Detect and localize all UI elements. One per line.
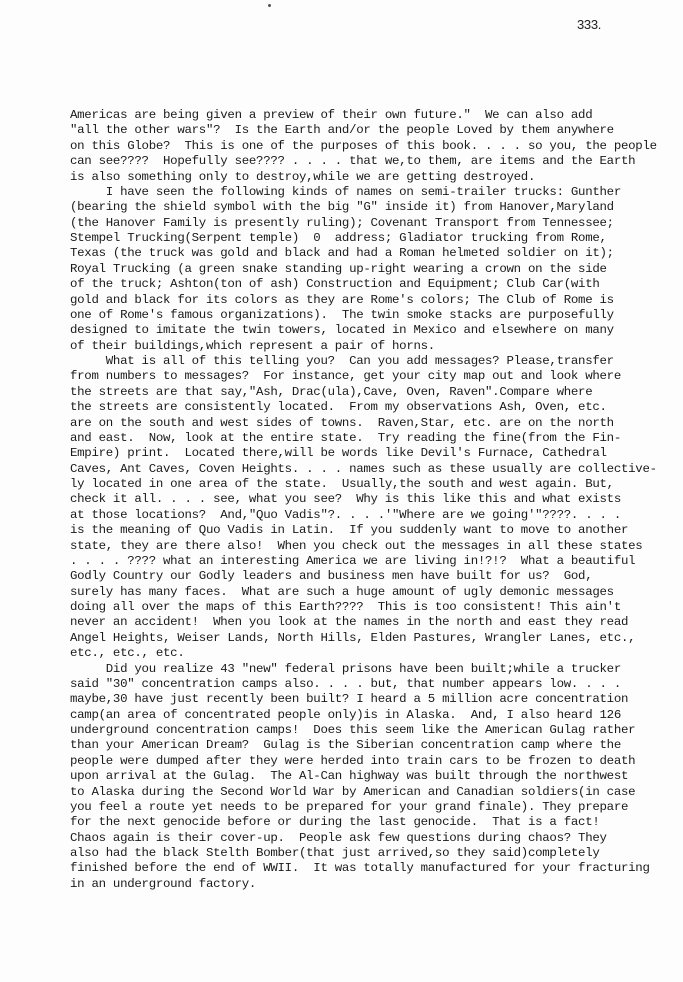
text-line: maybe,30 have just recently been built? … (70, 692, 680, 707)
text-line: from numbers to messages? For instance, … (70, 369, 680, 384)
text-line: (bearing the shield symbol with the big … (70, 200, 680, 215)
text-line: state, they are there also! When you che… (70, 539, 680, 554)
text-line: the streets are that say,"Ash, Drac(ula)… (70, 385, 680, 400)
text-line: upon arrival at the Gulag. The Al-Can hi… (70, 769, 680, 784)
text-line: Americas are being given a preview of th… (70, 108, 680, 123)
text-line: people were dumped after they were herde… (70, 754, 680, 769)
page-number: 333. (577, 17, 601, 32)
text-line: Angel Heights, Weiser Lands, North Hills… (70, 631, 680, 646)
text-line: I have seen the following kinds of names… (70, 185, 680, 200)
text-line: (the Hanover Family is presently ruling)… (70, 216, 680, 231)
text-line: camp(an area of concentrated people only… (70, 708, 680, 723)
text-line: finished before the end of WWII. It was … (70, 861, 680, 876)
document-page: 333. Americas are being given a preview … (0, 0, 683, 982)
body-text: Americas are being given a preview of th… (70, 108, 680, 892)
text-line: for the next genocide before or during t… (70, 815, 680, 830)
text-line: Texas (the truck was gold and black and … (70, 246, 680, 261)
text-line: on this Globe? This is one of the purpos… (70, 139, 680, 154)
text-line: of their buildings,which represent a pai… (70, 339, 680, 354)
text-line: and east. Now, look at the entire state.… (70, 431, 680, 446)
text-line: never an accident! When you look at the … (70, 615, 680, 630)
text-line: . . . . ???? what an interesting America… (70, 554, 680, 569)
text-line: Did you realize 43 "new" federal prisons… (70, 662, 680, 677)
text-line: to Alaska during the Second World War by… (70, 785, 680, 800)
text-line: ly located in one area of the state. Usu… (70, 477, 680, 492)
scan-speck (268, 4, 271, 7)
text-line: the streets are consistently located. Fr… (70, 400, 680, 415)
text-line: Chaos again is their cover-up. People as… (70, 831, 680, 846)
text-line: one of Rome's famous organizations). The… (70, 308, 680, 323)
text-line: you feel a route yet needs to be prepare… (70, 800, 680, 815)
text-line: are on the south and west sides of towns… (70, 416, 680, 431)
text-line: than your American Dream? Gulag is the S… (70, 738, 680, 753)
text-line: Empire) print. Located there,will be wor… (70, 446, 680, 461)
text-line: etc., etc., etc. (70, 646, 680, 661)
text-line: doing all over the maps of this Earth???… (70, 600, 680, 615)
text-line: at those locations? And,"Quo Vadis"?. . … (70, 508, 680, 523)
text-line: can see???? Hopefully see???? . . . . th… (70, 154, 680, 169)
text-line: "all the other wars"? Is the Earth and/o… (70, 123, 680, 138)
text-line: is also something only to destroy,while … (70, 170, 680, 185)
text-line: in an underground factory. (70, 877, 680, 892)
text-line: also had the black Stelth Bomber(that ju… (70, 846, 680, 861)
text-line: check it all. . . . see, what you see? W… (70, 492, 680, 507)
text-line: Godly Country our Godly leaders and busi… (70, 569, 680, 584)
text-line: What is all of this telling you? Can you… (70, 354, 680, 369)
text-line: said "30" concentration camps also. . . … (70, 677, 680, 692)
text-line: Royal Trucking (a green snake standing u… (70, 262, 680, 277)
text-line: surely has many faces. What are such a h… (70, 585, 680, 600)
text-line: underground concentration camps! Does th… (70, 723, 680, 738)
text-line: gold and black for its colors as they ar… (70, 293, 680, 308)
text-line: of the truck; Ashton(ton of ash) Constru… (70, 277, 680, 292)
text-line: is the meaning of Quo Vadis in Latin. If… (70, 523, 680, 538)
text-line: Stempel Trucking(Serpent temple) 0 addre… (70, 231, 680, 246)
text-line: Caves, Ant Caves, Coven Heights. . . . n… (70, 462, 680, 477)
text-line: designed to imitate the twin towers, loc… (70, 323, 680, 338)
